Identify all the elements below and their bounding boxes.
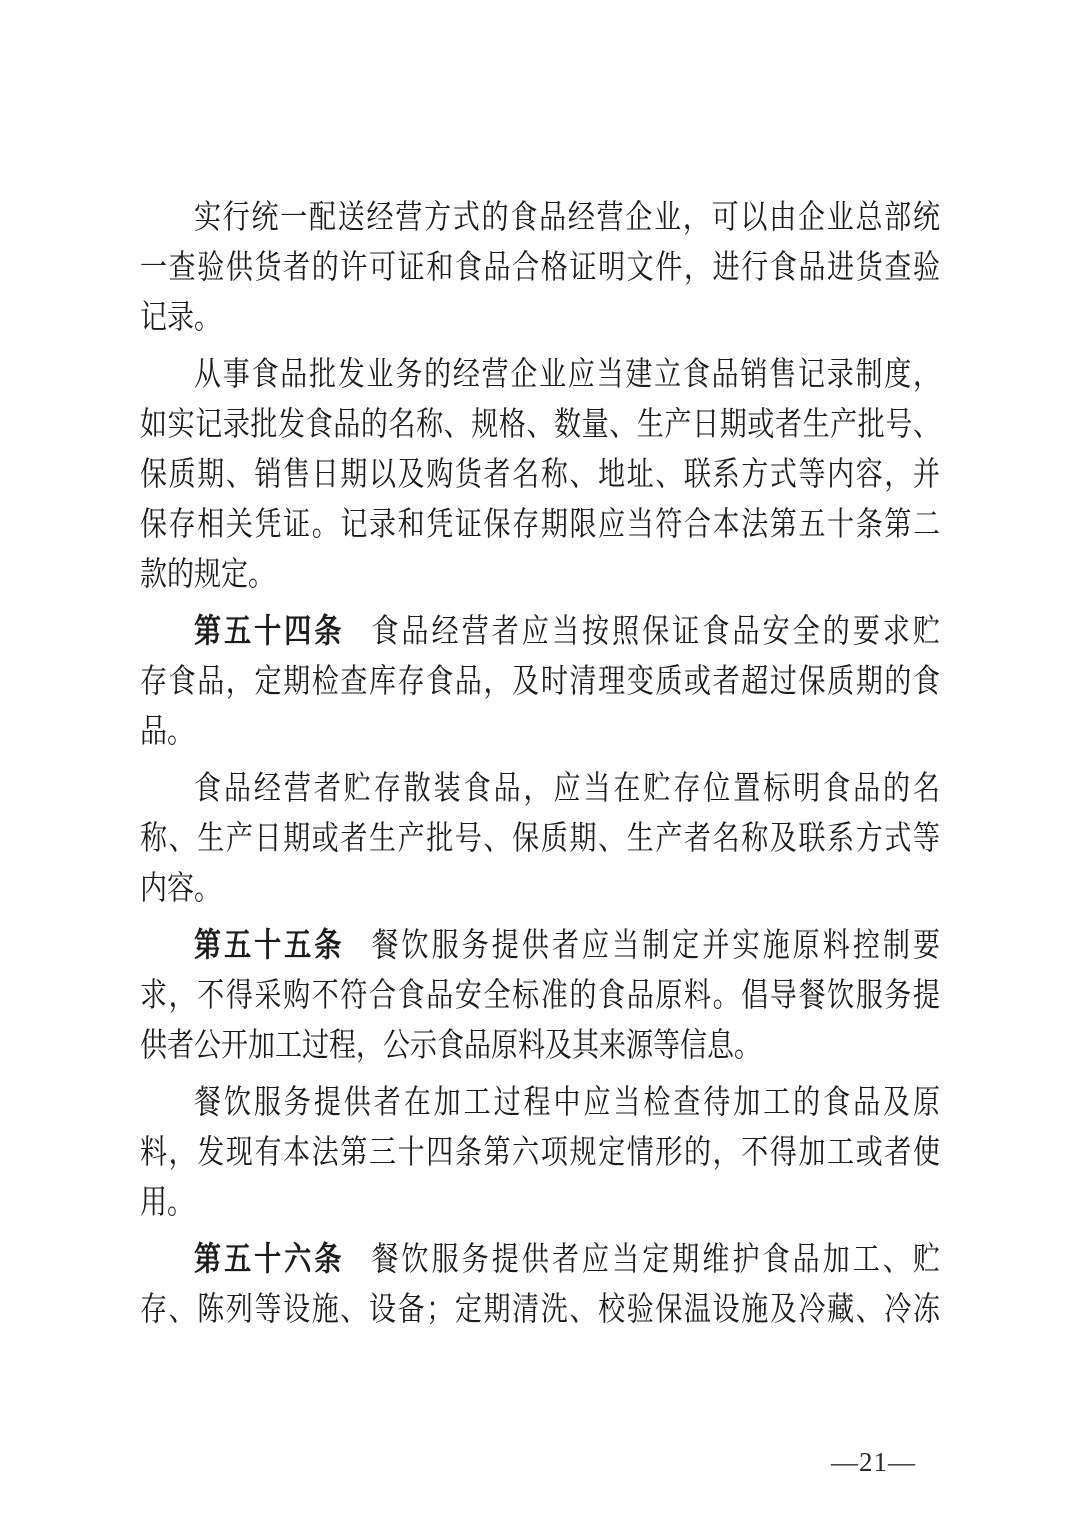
paragraph: 第五十五条餐饮服务提供者应当制定并实施原料控制要求，不得采购不符合食品安全标准的…: [140, 920, 940, 1070]
page-number: —21—: [831, 1444, 916, 1480]
paragraph: 第五十四条食品经营者应当按照保证食品安全的要求贮存食品，定期检查库存食品，及时清…: [140, 606, 940, 756]
text-line: 存、陈列等设施、设备；定期清洗、校验保温设施及冷藏、冷冻: [140, 1279, 940, 1340]
text-line: 供者公开加工过程，公示食品原料及其来源等信息。: [140, 1015, 940, 1076]
paragraph: 食品经营者贮存散装食品，应当在贮存位置标明食品的名称、生产日期或者生产批号、保质…: [140, 763, 940, 913]
article-number: 第五十五条: [194, 927, 344, 964]
text-line: 用。: [140, 1172, 940, 1233]
paragraph: 餐饮服务提供者在加工过程中应当检查待加工的食品及原料，发现有本法第三十四条第六项…: [140, 1077, 940, 1227]
text-line: 款的规定。: [140, 544, 940, 605]
paragraph: 从事食品批发业务的经营企业应当建立食品销售记录制度，如实记录批发食品的名称、规格…: [140, 349, 940, 599]
article-number: 第五十四条: [194, 613, 344, 650]
paragraph: 第五十六条餐饮服务提供者应当定期维护食品加工、贮存、陈列等设施、设备；定期清洗、…: [140, 1234, 940, 1334]
text-line: 品。: [140, 701, 940, 762]
document-body: 实行统一配送经营方式的食品经营企业，可以由企业总部统一查验供货者的许可证和食品合…: [140, 192, 940, 1334]
paragraph: 实行统一配送经营方式的食品经营企业，可以由企业总部统一查验供货者的许可证和食品合…: [140, 192, 940, 342]
document-page: 实行统一配送经营方式的食品经营企业，可以由企业总部统一查验供货者的许可证和食品合…: [0, 0, 1074, 1520]
text-line: 记录。: [140, 287, 940, 348]
article-number: 第五十六条: [194, 1241, 344, 1278]
text-line: 内容。: [140, 858, 940, 919]
